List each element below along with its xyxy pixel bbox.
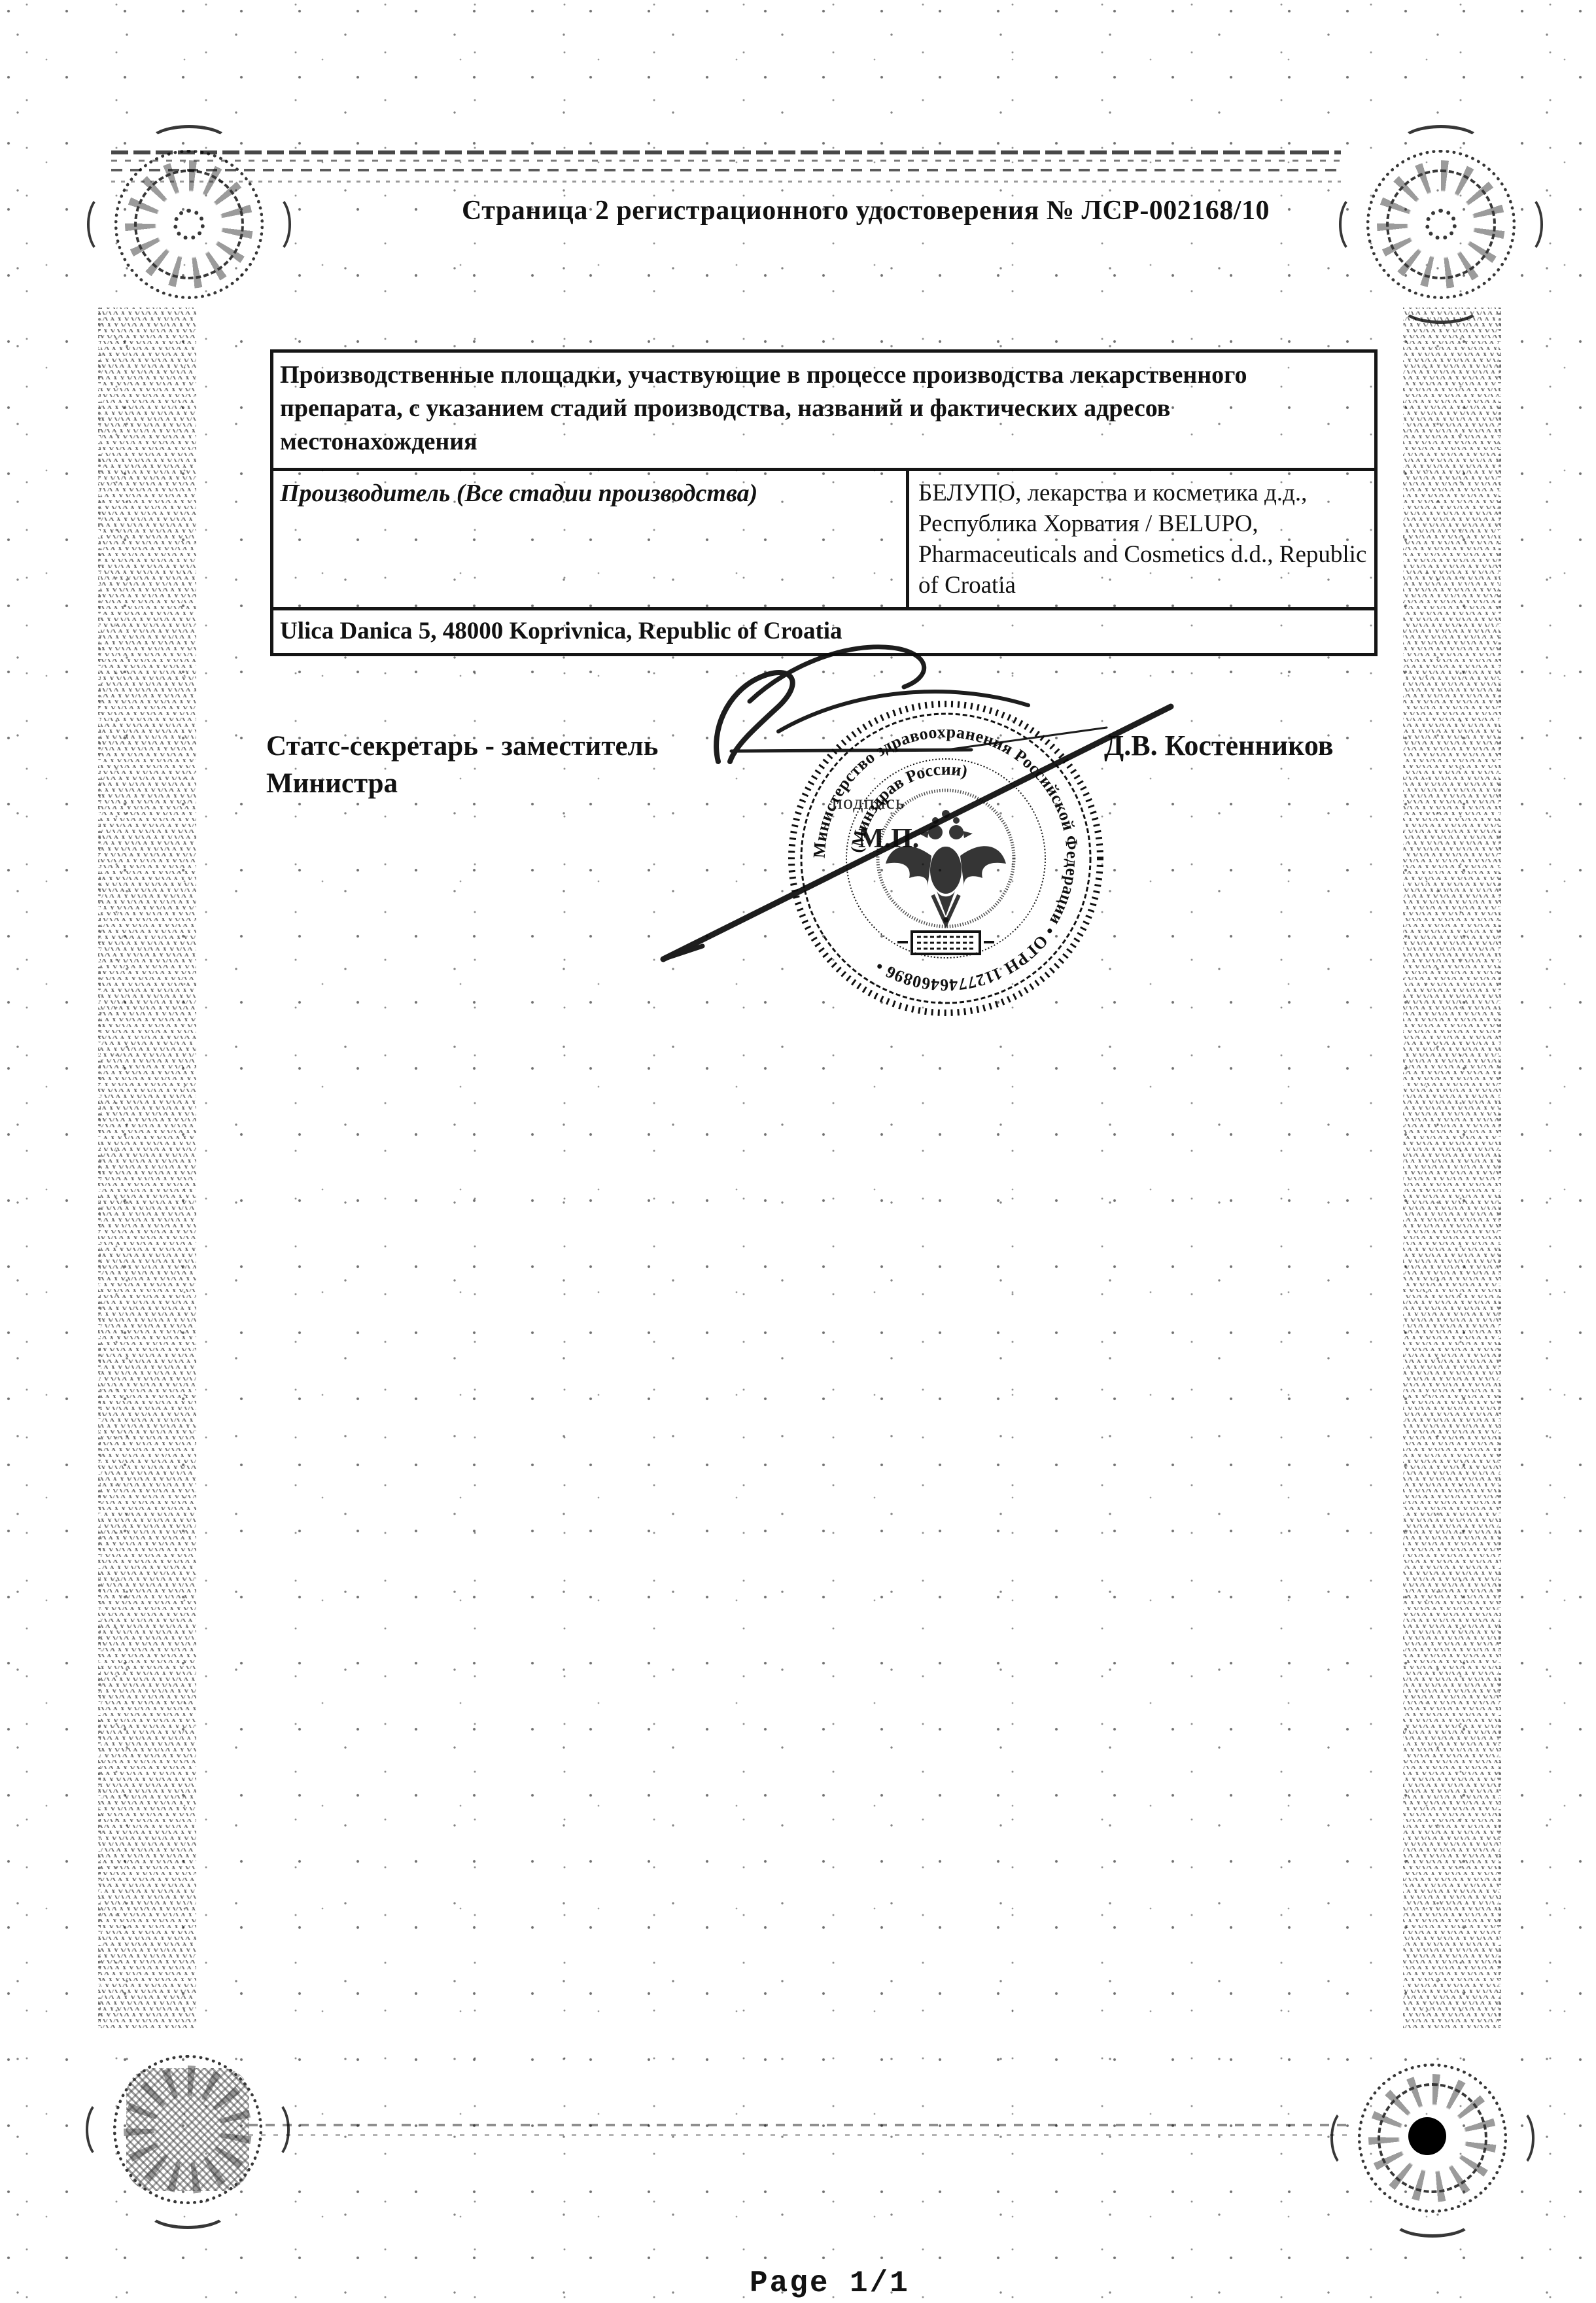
handwritten-signature — [641, 641, 1190, 1008]
signatory-title: Статс-секретарь - заместитель Министра — [266, 728, 658, 802]
corner-rosette-bottom-left — [109, 2051, 266, 2208]
signatory-title-line2: Министра — [266, 765, 658, 802]
signature-line — [731, 750, 971, 751]
guilloche-border-top — [111, 148, 1341, 188]
producer-value-cell: БЕЛУПО, лекарства и косметика д.д., Респ… — [908, 470, 1376, 609]
producer-label-cell: Производитель (Все стадии производства) — [272, 470, 908, 609]
guilloche-border-right — [1403, 308, 1501, 2028]
guilloche-border-bottom — [249, 2118, 1347, 2141]
page-header: Страница 2 регистрационного удостоверени… — [462, 195, 1270, 226]
producer-row: Производитель (Все стадии производства) … — [272, 470, 1376, 609]
table-header-row: Производственные площадки, участвующие в… — [272, 351, 1376, 470]
ink-blot — [1408, 2117, 1446, 2155]
table-header-cell: Производственные площадки, участвующие в… — [272, 351, 1376, 470]
guilloche-border-left — [98, 308, 196, 2028]
footer-page-number: Page 1/1 — [750, 2266, 910, 2300]
scanned-certificate-page: Страница 2 регистрационного удостоверени… — [0, 0, 1596, 2303]
production-sites-table: Производственные площадки, участвующие в… — [270, 349, 1378, 656]
signatory-title-line1: Статс-секретарь - заместитель — [266, 728, 658, 765]
corner-rosette-top-left — [111, 146, 268, 303]
scan-noise-overlay — [0, 0, 1596, 2303]
corner-rosette-top-right — [1362, 146, 1519, 303]
